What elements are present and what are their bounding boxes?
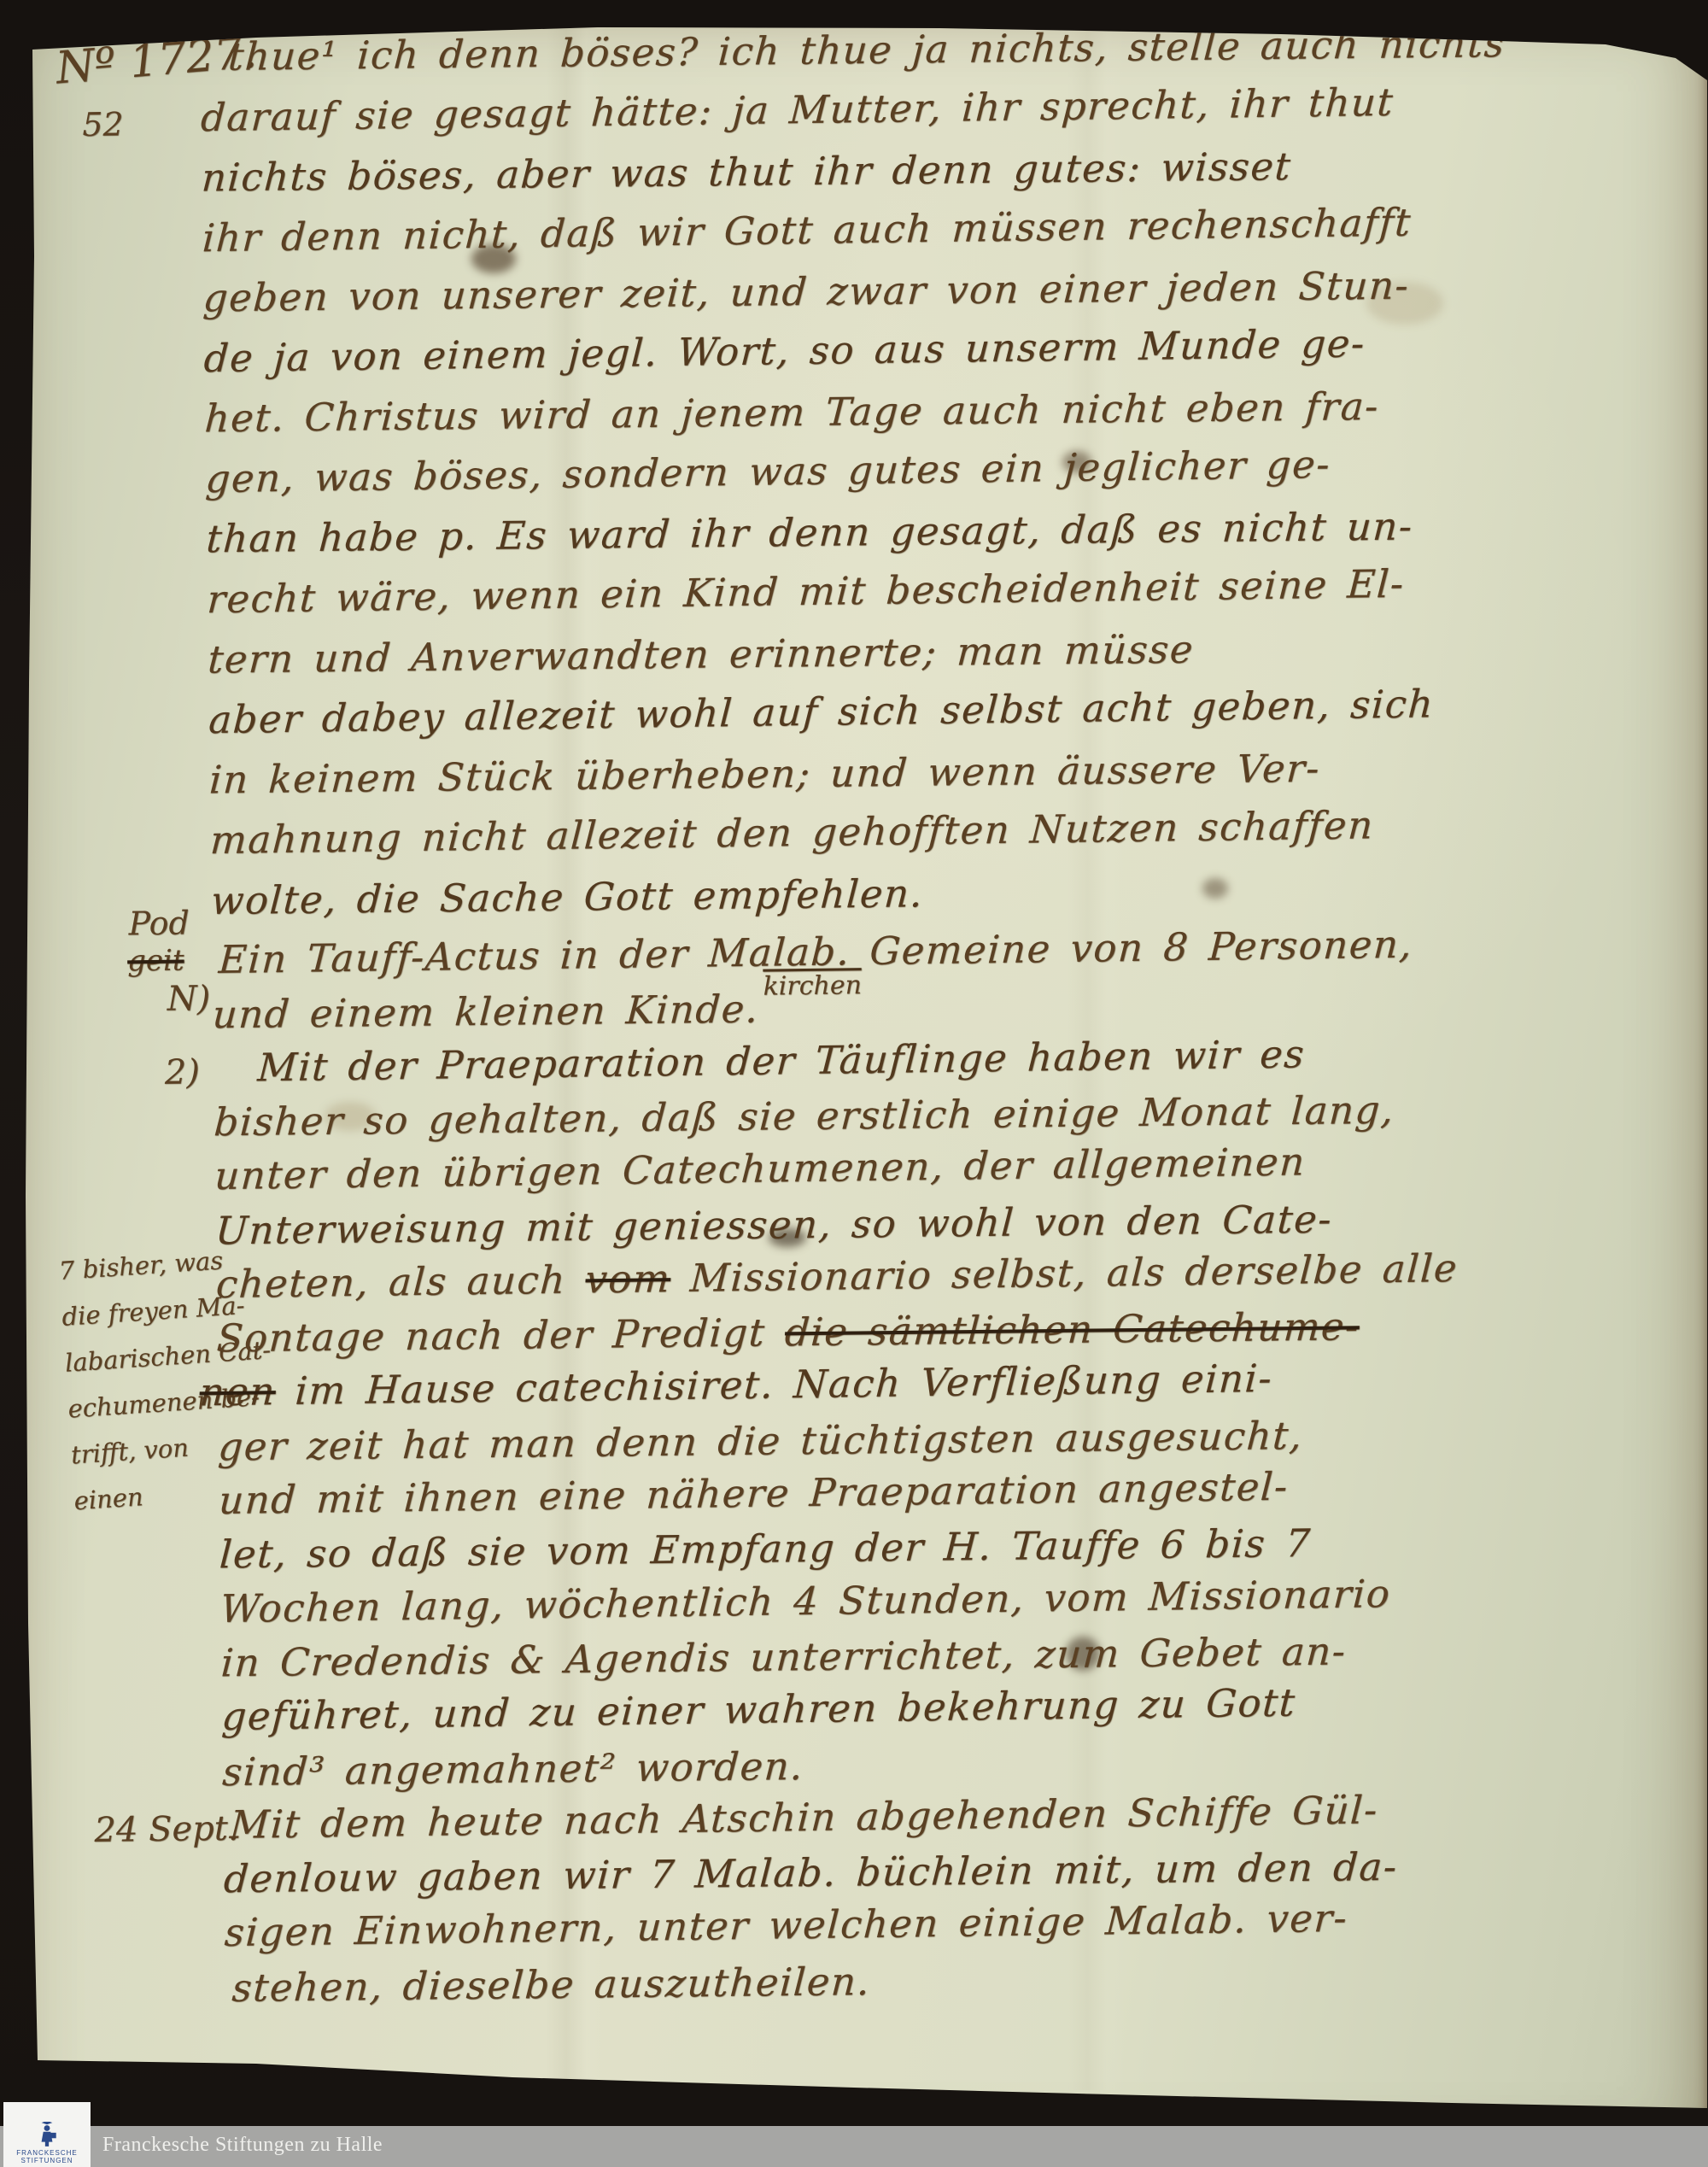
footer-bar: Franckesche Stiftungen zu Halle — [0, 2126, 1708, 2167]
manuscript-line: sind³ angemahnet² worden. — [221, 1743, 805, 1795]
margin-item-marker-2: 2) — [165, 1052, 201, 1092]
scanned-manuscript-view: Nº 1727. 52 Pod geit N) 2) kirchen 24 Se… — [0, 0, 1708, 2167]
logo-text-line1: FRANCKESCHE — [16, 2149, 77, 2157]
manuscript-line: aber dabey allezeit wohl auf sich selbst… — [208, 681, 1436, 742]
manuscript-line: Mit dem heute nach Atschin abgehenden Sc… — [229, 1787, 1379, 1848]
manuscript-line: stehen, dieselbe auszutheilen. — [231, 1959, 872, 2011]
manuscript-line: than habe p. Es ward ihr denn gesagt, da… — [205, 503, 1414, 561]
manuscript-line: Ein Tauff-Actus in der Malab. Gemeine vo… — [218, 922, 1414, 982]
logo-text-line2: STIFTUNGEN — [20, 2157, 73, 2164]
manuscript-line: geführet, und zu einer wahren bekehrung … — [220, 1680, 1297, 1740]
manuscript-line: denlouw gaben wir 7 Malab. büchlein mit,… — [223, 1844, 1400, 1901]
franckesche-stiftungen-logo-icon — [36, 2122, 58, 2147]
manuscript-line: Sontage nach der Predigt die sämtlichen … — [215, 1303, 1360, 1361]
manuscript-line: bisher so gehalten, daß sie erstlich ein… — [213, 1087, 1395, 1145]
manuscript-line: nichts böses, aber was thut ihr denn gut… — [201, 143, 1293, 200]
handwriting-layer: Nº 1727. 52 Pod geit N) 2) kirchen 24 Se… — [0, 0, 1708, 2167]
manuscript-line: Unterweisung mit geniessen, so wohl von … — [214, 1197, 1334, 1254]
manuscript-line: Mit der Praeparation der Täuflinge haben… — [256, 1031, 1306, 1090]
manuscript-line: tern und Anverwandten erinnerte; man müs… — [207, 627, 1196, 682]
manuscript-line: geben von unserer zeit, und zwar von ein… — [202, 263, 1410, 321]
margin-note-struck-word: geit — [127, 944, 184, 979]
page-number: 52 — [82, 105, 124, 143]
margin-item-marker-n: N) — [167, 979, 210, 1019]
interlinear-insertion: kirchen — [763, 970, 862, 1002]
manuscript-line: in keinem Stück überheben; und wenn äuss… — [208, 746, 1322, 803]
manuscript-line: und mit ihnen eine nähere Praeparation a… — [218, 1464, 1290, 1523]
margin-date-note: 24 Sept. — [94, 1809, 239, 1850]
manuscript-line: in Credendis & Agendis unterrichtet, zum… — [219, 1628, 1348, 1685]
manuscript-page: Nº 1727. 52 Pod geit N) 2) kirchen 24 Se… — [0, 0, 1708, 2167]
manuscript-line: de ja von einem jegl. Wort, so aus unser… — [202, 320, 1366, 381]
manuscript-line: cheten, als auch vom Missionario selbst,… — [215, 1245, 1459, 1307]
manuscript-line: mahnung nicht allezeit den gehofften Nut… — [209, 802, 1375, 863]
manuscript-line: ihr denn nicht, daß wir Gott auch müssen… — [202, 200, 1413, 261]
manuscript-line: sigen Einwohnern, unter welchen einige M… — [224, 1895, 1349, 1955]
manuscript-line: und einem kleinen Kinde. — [211, 987, 760, 1038]
manuscript-line: unter den übrigen Catechumenen, der allg… — [213, 1139, 1307, 1198]
manuscript-line: let, so daß sie vom Empfang der H. Tauff… — [219, 1520, 1313, 1577]
manuscript-line: wolte, die Sache Gott empfehlen. — [210, 870, 925, 923]
manuscript-line: ger zeit hat man denn die tüchtigsten au… — [217, 1413, 1304, 1469]
manuscript-line: nen im Hause catechisiret. Nach Verfließ… — [198, 1356, 1273, 1414]
manuscript-line: thue¹ ich denn böses? ich thue ja nichts… — [227, 20, 1506, 79]
manuscript-text-block: thue¹ ich denn böses? ich thue ja nichts… — [0, 0, 1706, 3]
manuscript-line: darauf sie gesagt hätte: ja Mutter, ihr … — [200, 79, 1395, 140]
manuscript-line: gen, was böses, sondern was gutes ein je… — [204, 442, 1331, 501]
margin-note-pod: Pod — [128, 904, 190, 942]
franckesche-stiftungen-logo: FRANCKESCHE STIFTUNGEN — [3, 2102, 91, 2167]
manuscript-line: Wochen lang, wöchentlich 4 Stunden, vom … — [219, 1571, 1392, 1631]
footer-institution-title: Franckesche Stiftungen zu Halle — [102, 2134, 383, 2157]
manuscript-line: het. Christus wird an jenem Tage auch ni… — [203, 384, 1380, 441]
manuscript-line: recht wäre, wenn ein Kind mit bescheiden… — [206, 561, 1406, 622]
